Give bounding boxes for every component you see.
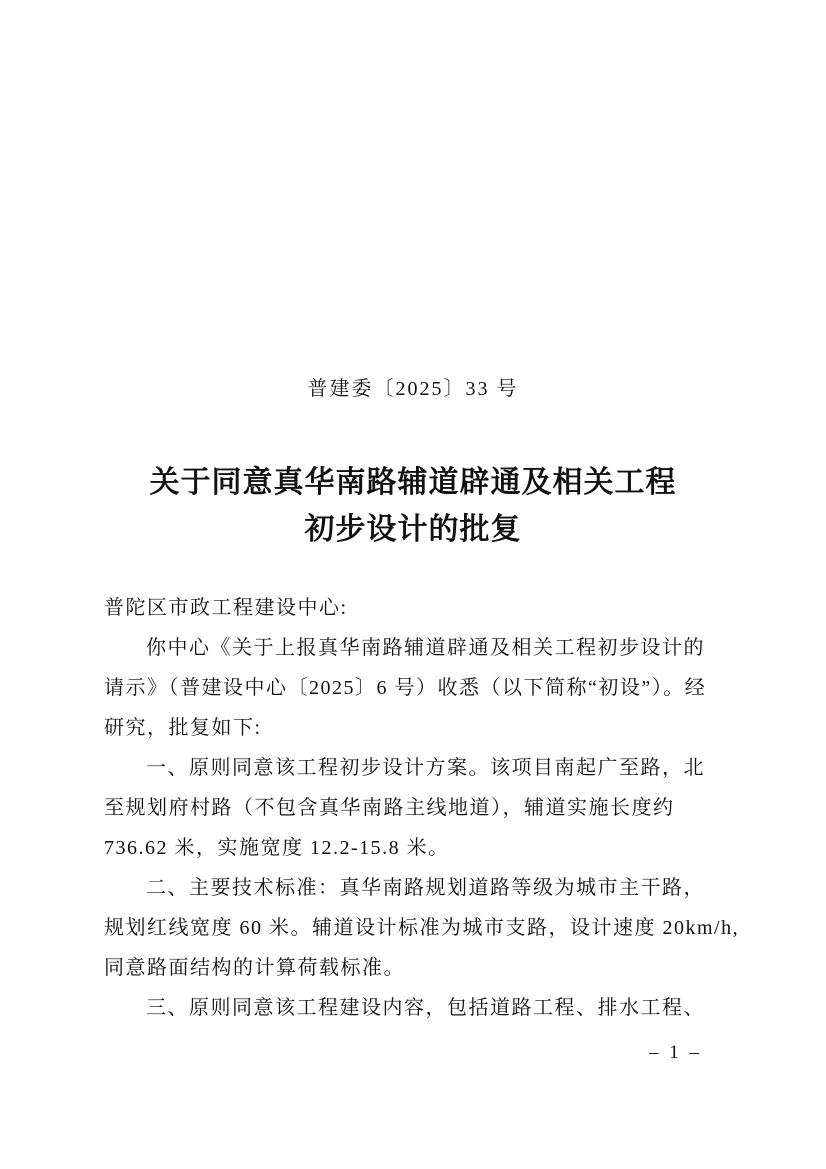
document-body: 普陀区市政工程建设中心: 你中心《关于上报真华南路辅道辟通及相关工程初步设计的 …	[104, 588, 764, 1028]
page-number: – 1 –	[649, 1042, 702, 1064]
document-number: 普建委〔2025〕33 号	[0, 372, 826, 401]
body-line: 同意路面结构的计算荷载标准。	[104, 948, 764, 988]
document-title: 关于同意真华南路辅道辟通及相关工程 初步设计的批复	[0, 459, 826, 553]
body-line: 至规划府村路（不包含真华南路主线地道），辅道实施长度约	[104, 788, 764, 828]
salutation-line: 普陀区市政工程建设中心:	[104, 588, 764, 628]
body-line: 请示》（普建设中心〔2025〕6 号）收悉（以下简称“初设”）。经	[104, 668, 764, 708]
body-line: 一、原则同意该工程初步设计方案。该项目南起广至路，北	[104, 748, 764, 788]
document-title-line-1: 关于同意真华南路辅道辟通及相关工程	[0, 459, 826, 506]
body-line: 研究，批复如下:	[104, 708, 764, 748]
document-page: 普建委〔2025〕33 号 关于同意真华南路辅道辟通及相关工程 初步设计的批复 …	[0, 0, 826, 1169]
body-line: 规划红线宽度 60 米。辅道设计标准为城市支路，设计速度 20km/h,	[104, 908, 764, 948]
body-line: 二、主要技术标准：真华南路规划道路等级为城市主干路，	[104, 868, 764, 908]
body-line: 你中心《关于上报真华南路辅道辟通及相关工程初步设计的	[104, 628, 764, 668]
body-line: 736.62 米，实施宽度 12.2-15.8 米。	[104, 828, 764, 868]
body-line: 三、原则同意该工程建设内容，包括道路工程、排水工程、	[104, 988, 764, 1028]
document-title-line-2: 初步设计的批复	[0, 506, 826, 553]
